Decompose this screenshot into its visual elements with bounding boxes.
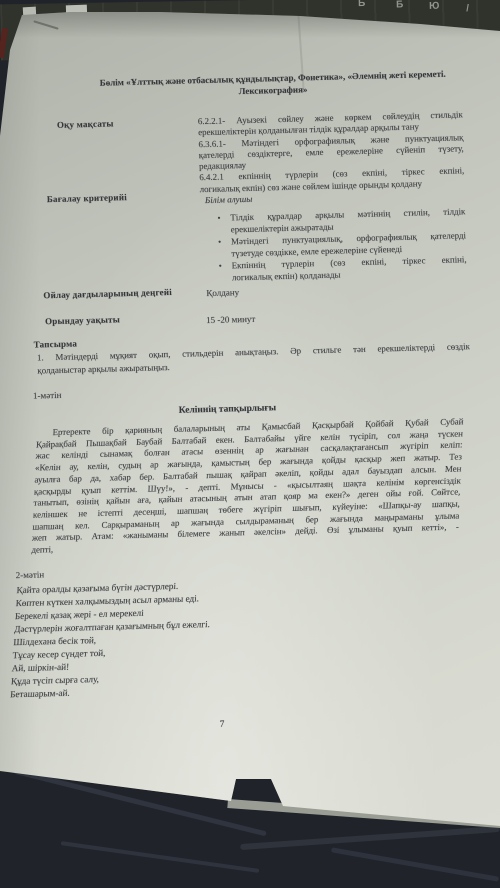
text1-label: 1-мәтін — [33, 390, 62, 402]
section-header: Бөлім «Ұлттық және отбасылық құндылықтар… — [38, 67, 500, 102]
keyboard-key: Ю — [429, 2, 439, 12]
fabric-fold — [61, 841, 260, 873]
worksheet-page: Бөлім «Ұлттық және отбасылық құндылықтар… — [0, 0, 500, 888]
page-number: 7 — [220, 720, 225, 730]
fabric-fold — [331, 847, 499, 881]
label-task: Тапсырма — [33, 338, 77, 350]
task-lines: 1. Мәтіндерді мұқият оқып, стильдерін ан… — [37, 340, 471, 376]
learning-objective-lines: 6.2.2.1- Ауызекі сөйлеу және көркем сөйл… — [198, 109, 465, 195]
thinking-skills-value: Қолдану — [206, 287, 239, 299]
text2-label: 2-мәтін — [16, 569, 45, 581]
label-thinking-skills: Ойлау дағдыларының деңгейі — [43, 287, 172, 301]
label-duration: Орындау уақыты — [45, 314, 120, 327]
duration-value: 15 -20 минут — [206, 314, 256, 326]
document-content: Бөлім «Ұлттық және отбасылық құндылықтар… — [0, 0, 500, 888]
criteria-subheading: Білім алушы — [205, 194, 253, 206]
keyboard-key: / — [466, 4, 469, 14]
fabric-fold — [240, 826, 500, 850]
keyboard-key: Б — [396, 0, 403, 10]
photo-of-worksheet: Ь Б Ю / Бөлім «Ұлттық және отбасылық құн… — [0, 0, 500, 888]
text1-paragraph: Ертеректе бір қарияның балаларының аты Қ… — [31, 416, 463, 556]
keyboard-key: Ь — [358, 0, 365, 9]
text2-poem: Қайта оралды қазағыма бүгін дәстүрлері.К… — [10, 576, 337, 702]
text1-title: Келіннің тапқырлығы — [17, 399, 437, 420]
assessment-criteria-lines: Тілдік құралдар арқылы мәтіннің стилін, … — [213, 205, 467, 284]
label-learning-objective: Оқу мақсаты — [57, 118, 114, 130]
label-assessment-criteria: Бағалау критерийі — [47, 192, 127, 205]
